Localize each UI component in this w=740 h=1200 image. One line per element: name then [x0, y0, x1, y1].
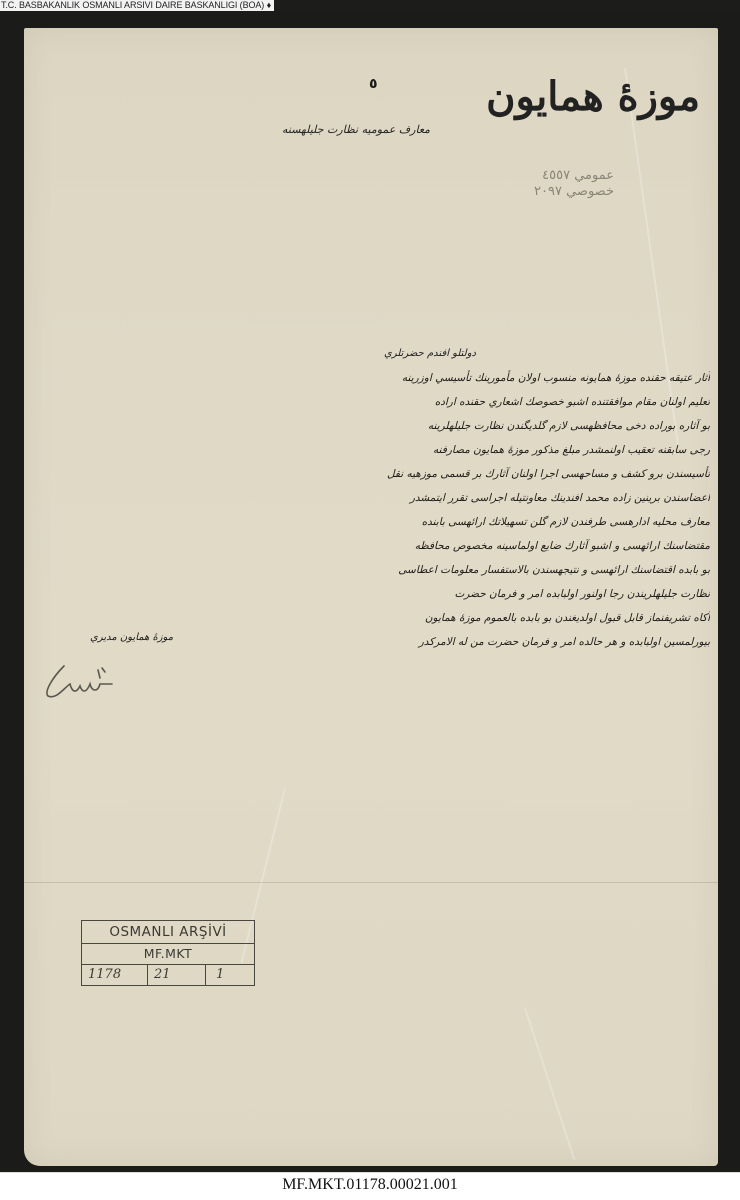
stamp-collection-code: MF.MKT: [82, 944, 254, 965]
letter-body: آثار عتيقه حقنده موزهٔ همايونه منسوب اول…: [30, 366, 710, 654]
archive-stamp: OSMANLI ARŞİVİ MF.MKT 1178 21 1: [81, 920, 255, 986]
stamp-title: OSMANLI ARŞİVİ: [82, 921, 254, 944]
letter-line: معارف محليه ادارهسی طرفندن لازم گلن تسهي…: [30, 510, 710, 534]
letter-line: اعضاسندن برينین زاده محمد افندینك معاونت…: [30, 486, 710, 510]
letter-line: رجى سابقنه تعقيب اولنمشدر مبلغ مذكور موز…: [30, 438, 710, 462]
salutation: دولتلو افندم حضرتلري: [384, 348, 476, 359]
footer-bar: MF.MKT.01178.00021.001: [0, 1172, 740, 1200]
letterhead-muze-i-humayun: موزهٔ همايون: [486, 73, 700, 120]
page-mark: ٥: [369, 76, 378, 92]
letter-line: بو بابده اقتضاسنك ارائهسی و نتيجهسندن با…: [30, 558, 710, 582]
pencil-reference-numbers: عمومي ٤٥٥٧ خصوصي ٢٠٩٧: [494, 168, 614, 200]
letter-line: آكاه تشريفنماز قابل قبول اولديغندن بو با…: [30, 606, 710, 630]
document-paper: ٥ موزهٔ همايون معارف عموميه نظارت جليلهس…: [24, 28, 718, 1166]
catalog-reference: MF.MKT.01178.00021.001: [0, 1176, 740, 1194]
document-scan-area: ٥ موزهٔ همايون معارف عموميه نظارت جليلهس…: [0, 11, 740, 1172]
letter-line: بو آثاره بوراده دخی محافظهسی لازم گلديگن…: [30, 414, 710, 438]
fold-line: [24, 882, 718, 883]
signer-title: موزهٔ همايون مديري: [90, 632, 173, 643]
paper-crease: [524, 1007, 575, 1160]
letter-line: نظارت جليلهلريندن رجا اولنور اولبابده ام…: [30, 582, 710, 606]
pencil-reference-line: خصوصي ٢٠٩٧: [494, 184, 614, 200]
recipient-line: معارف عموميه نظارت جليلهسنه: [282, 123, 430, 136]
stamp-number-cells: 1178 21 1: [82, 965, 254, 985]
stamp-cell-gomlek: 21: [148, 965, 206, 985]
archive-header-label: T.C. BASBAKANLIK OSMANLI ARSIVI DAIRE BA…: [0, 0, 274, 11]
letter-line: تعلیم اولنان مقام موافقتنده اشبو خصوصك ا…: [30, 390, 710, 414]
letter-line: مقتضاسنك ارائهسی و اشبو آثارك ضايع اولما…: [30, 534, 710, 558]
stamp-cell-page: 1: [206, 965, 254, 985]
letter-line: آثار عتيقه حقنده موزهٔ همايونه منسوب اول…: [30, 366, 710, 390]
signature-mark: [42, 658, 122, 708]
pencil-reference-line: عمومي ٤٥٥٧: [494, 168, 614, 184]
stamp-cell-dossier: 1178: [82, 965, 148, 985]
letter-line: تأسيسندن برو كشف و مساحهسی اجرا اولنان آ…: [30, 462, 710, 486]
